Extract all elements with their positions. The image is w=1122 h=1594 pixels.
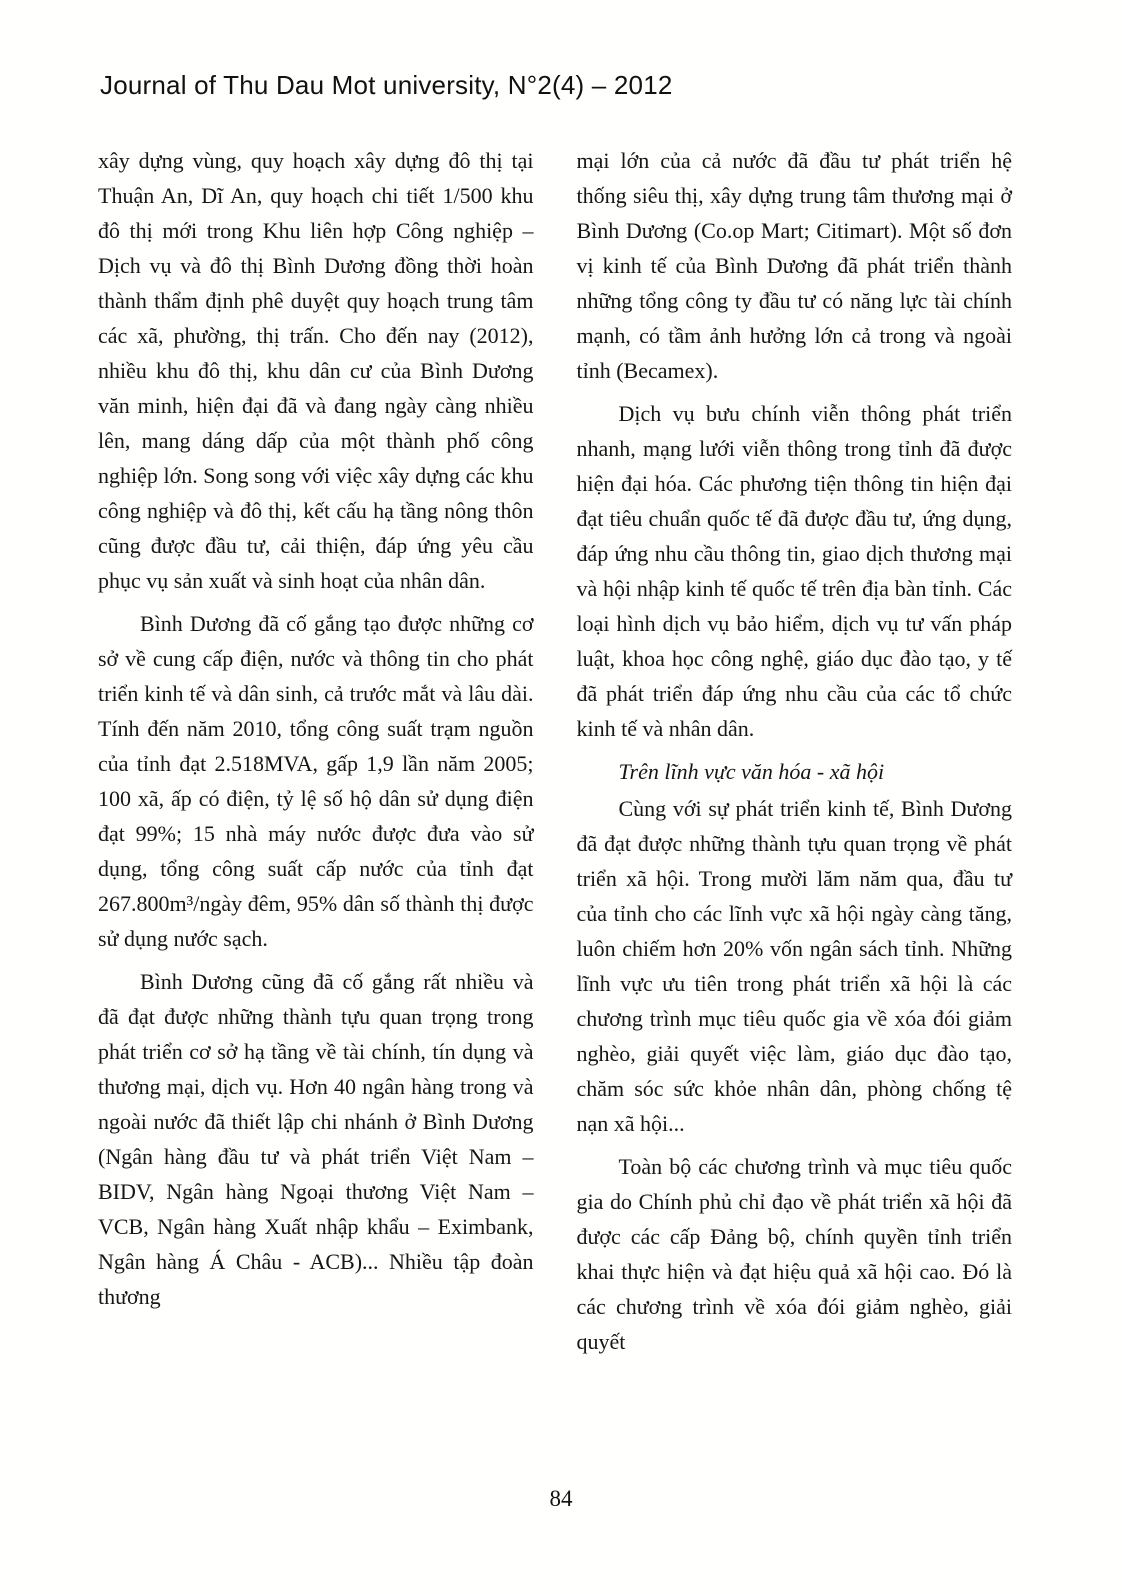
paragraph: Toàn bộ các chương trình và mục tiêu quố… bbox=[577, 1149, 1013, 1359]
page-content: xây dựng vùng, quy hoạch xây dựng đô thị… bbox=[98, 143, 1012, 1367]
paragraph: Dịch vụ bưu chính viễn thông phát triển … bbox=[577, 396, 1013, 746]
section-heading: Trên lĩnh vực văn hóa - xã hội bbox=[577, 754, 1013, 789]
page-header: Journal of Thu Dau Mot university, N°2(4… bbox=[100, 70, 673, 101]
paragraph-continuation: xây dựng vùng, quy hoạch xây dựng đô thị… bbox=[98, 143, 534, 598]
paragraph: Cùng với sự phát triển kinh tế, Bình Dươ… bbox=[577, 791, 1013, 1141]
journal-page: Journal of Thu Dau Mot university, N°2(4… bbox=[0, 0, 1122, 1594]
left-column: xây dựng vùng, quy hoạch xây dựng đô thị… bbox=[98, 143, 534, 1367]
paragraph-continuation: mại lớn của cả nước đã đầu tư phát triển… bbox=[577, 143, 1013, 388]
paragraph: Bình Dương đã cố gắng tạo được những cơ … bbox=[98, 606, 534, 956]
page-footer: 84 bbox=[0, 1486, 1122, 1512]
paragraph: Bình Dương cũng đã cố gắng rất nhiều và … bbox=[98, 964, 534, 1314]
page-number: 84 bbox=[550, 1486, 573, 1511]
right-column: mại lớn của cả nước đã đầu tư phát triển… bbox=[577, 143, 1013, 1367]
journal-title: Journal of Thu Dau Mot university, N°2(4… bbox=[100, 70, 673, 100]
